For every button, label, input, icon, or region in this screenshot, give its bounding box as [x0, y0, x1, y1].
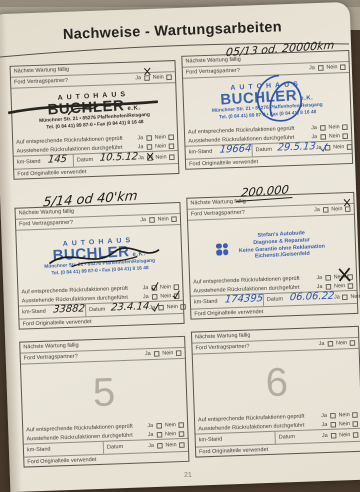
checkbox-icon	[327, 341, 333, 347]
buchler-stamp: AUTOHAUS BUCHLERe.K. Münchner Str. 21 • …	[30, 89, 158, 133]
ford-partner-label: Ford Vertragspartner?	[14, 78, 68, 85]
page-number: 21	[10, 466, 360, 480]
checkbox-icon	[152, 294, 158, 300]
check-mark-x	[338, 268, 351, 281]
date-value: 29.5.13	[277, 141, 316, 153]
km-value: 19664	[219, 143, 252, 155]
check-mark-x	[343, 199, 350, 206]
checkbox-icon	[331, 433, 337, 439]
checkbox-icon	[353, 432, 359, 438]
checkbox-icon	[347, 144, 353, 150]
service-record-6: Nächste Wartung fällig Ford Vertragspart…	[191, 326, 360, 458]
yes-label: Ja	[136, 76, 142, 82]
checkbox-icon	[318, 65, 324, 71]
checkbox-icon	[330, 413, 336, 419]
checkbox-icon	[169, 143, 175, 149]
service-record-2: Nächste Wartung fällig Ford Vertragspart…	[181, 50, 353, 170]
checkbox-icon	[157, 443, 163, 449]
ford-partner-label: Ford Vertragspartner?	[186, 68, 240, 75]
checkbox-icon	[171, 216, 177, 222]
checkbox-icon	[176, 350, 182, 356]
checkbox-icon	[350, 340, 356, 346]
buchler-stamp: AUTOHAUS BUCHLERe.K. Münchner Str. 21 • …	[203, 79, 331, 123]
checkbox-icon	[342, 124, 348, 130]
checkbox-icon	[169, 154, 175, 160]
date-value: 23.4.14	[111, 301, 150, 313]
checkbox-icon	[345, 206, 351, 212]
km-value: 145	[47, 153, 67, 165]
checkbox-icon	[342, 133, 348, 139]
checkbox-icon	[156, 423, 162, 429]
no-label: Nein	[152, 75, 163, 81]
checkbox-icon	[156, 432, 162, 438]
service-record-5: Nächste Wartung fällig Ford Vertragspart…	[19, 336, 189, 468]
record-number-watermark: 5	[92, 370, 116, 416]
date-value: 06.06.22	[289, 290, 335, 303]
checkbox-icon	[342, 294, 348, 300]
checkbox-icon	[352, 421, 358, 427]
paper-sheet: Nachweise - Wartungsarbeiten Nächste War…	[0, 2, 360, 480]
checkbox-icon	[166, 74, 172, 80]
clover-icon	[214, 242, 229, 257]
checkbox-icon	[146, 135, 152, 141]
checkbox-icon	[348, 283, 354, 289]
checkbox-icon	[168, 134, 174, 140]
buchler-stamp: AUTOHAUS BUCHLERe.K. Münchner Str. 21 • …	[35, 235, 163, 279]
service-record-4: Nächste Wartung fällig Ford Vertragspart…	[186, 192, 358, 320]
service-record-1: Nächste Wartung fällig Ford Vertragspart…	[10, 60, 180, 180]
checkbox-icon	[320, 134, 326, 140]
check-mark-tick	[174, 292, 181, 299]
checkbox-icon	[178, 422, 184, 428]
check-mark-tick	[153, 305, 160, 312]
original-parts-label: Ford Originalteile verwendet	[17, 169, 86, 177]
checkbox-icon	[146, 144, 152, 150]
check-mark-x	[147, 153, 154, 160]
next-service-label: Nächste Wartung fällig	[14, 67, 69, 74]
km-value: 174395	[224, 293, 263, 305]
checkbox-icon	[340, 64, 346, 70]
checkbox-icon	[352, 412, 358, 418]
checkbox-icon	[144, 75, 150, 81]
checkbox-icon	[320, 125, 326, 131]
km-label: km-Stand	[17, 159, 41, 165]
record-number-watermark: 6	[265, 360, 289, 406]
yes-no-group: JaNein	[135, 74, 172, 81]
checkbox-icon	[325, 275, 331, 281]
checkbox-icon	[325, 284, 331, 290]
stefans-stamp: Stefan's Autobude Diagnose & Reparatur K…	[214, 228, 330, 265]
check-mark-tick	[152, 284, 159, 291]
km-value: 33882	[52, 303, 85, 315]
checkbox-icon	[179, 431, 185, 437]
checkbox-icon	[179, 442, 185, 448]
date-value: 10.5.12	[99, 151, 138, 163]
service-record-3: Nächste Wartung fällig Ford Vertragspart…	[14, 202, 184, 330]
date-label: Datum	[77, 157, 93, 163]
checkbox-icon	[323, 207, 329, 213]
check-mark-tick	[321, 145, 328, 152]
checkbox-icon	[154, 351, 160, 357]
stamp-area: AUTOHAUS BUCHLERe.K. Münchner Str. 21 • …	[11, 83, 177, 139]
checkbox-icon	[180, 304, 186, 310]
checkbox-icon	[149, 217, 155, 223]
checkbox-icon	[330, 421, 336, 427]
stamp-text: Stefan's Autobude Diagnose & Reparatur K…	[238, 230, 325, 263]
check-mark-x	[144, 68, 151, 75]
